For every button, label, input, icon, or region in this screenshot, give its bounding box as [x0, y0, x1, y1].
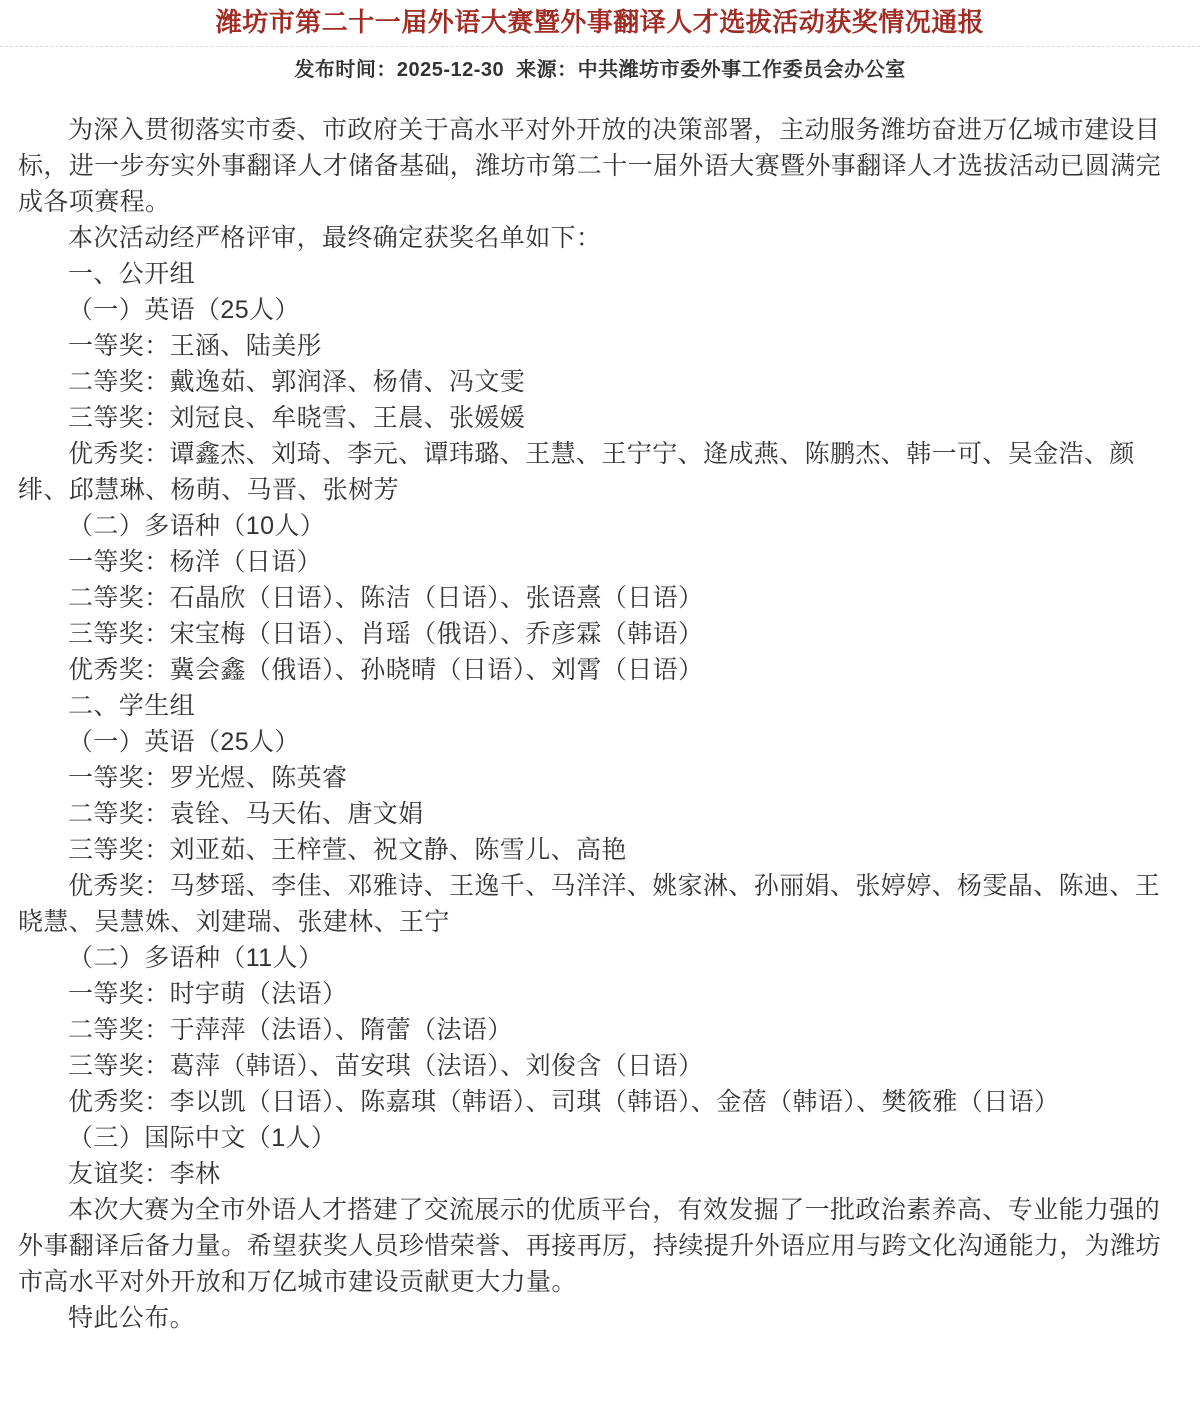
paragraph: （三）国际中文（1人）	[18, 1120, 1182, 1156]
paragraph: 一等奖：时宇萌（法语）	[18, 976, 1182, 1012]
paragraph: 优秀奖：李以凯（日语）、陈嘉琪（韩语）、司琪（韩语）、金蓓（韩语）、樊筱雅（日语…	[18, 1084, 1182, 1120]
page-title: 潍坊市第二十一届外语大赛暨外事翻译人才选拔活动获奖情况通报	[0, 0, 1200, 46]
paragraph: （二）多语种（11人）	[18, 940, 1182, 976]
paragraph: 为深入贯彻落实市委、市政府关于高水平对外开放的决策部署，主动服务潍坊奋进万亿城市…	[18, 112, 1182, 220]
article-body: 为深入贯彻落实市委、市政府关于高水平对外开放的决策部署，主动服务潍坊奋进万亿城市…	[0, 82, 1200, 1336]
paragraph: 友谊奖：李林	[18, 1156, 1182, 1192]
paragraph: 二等奖：于萍萍（法语）、隋蕾（法语）	[18, 1012, 1182, 1048]
source-label: 来源：	[516, 59, 578, 81]
paragraph: 三等奖：宋宝梅（日语）、肖瑶（俄语）、乔彦霖（韩语）	[18, 616, 1182, 652]
paragraph: （二）多语种（10人）	[18, 508, 1182, 544]
paragraph: 二等奖：戴逸茹、郭润泽、杨倩、冯文雯	[18, 364, 1182, 400]
paragraph: 二等奖：袁铨、马天佑、唐文娟	[18, 796, 1182, 832]
paragraph: 本次大赛为全市外语人才搭建了交流展示的优质平台，有效发掘了一批政治素养高、专业能…	[18, 1192, 1182, 1300]
paragraph: 本次活动经严格评审，最终确定获奖名单如下：	[18, 220, 1182, 256]
article-meta: 发布时间：2025-12-30来源：中共潍坊市委外事工作委员会办公室	[0, 47, 1200, 82]
paragraph: （一）英语（25人）	[18, 292, 1182, 328]
paragraph: 一等奖：杨洋（日语）	[18, 544, 1182, 580]
paragraph: 一、公开组	[18, 256, 1182, 292]
announcement-page: 潍坊市第二十一届外语大赛暨外事翻译人才选拔活动获奖情况通报 发布时间：2025-…	[0, 0, 1200, 1418]
paragraph: 三等奖：葛萍（韩语）、苗安琪（法语）、刘俊含（日语）	[18, 1048, 1182, 1084]
paragraph: 一等奖：罗光煜、陈英睿	[18, 760, 1182, 796]
paragraph: 二等奖：石晶欣（日语）、陈洁（日语）、张语熹（日语）	[18, 580, 1182, 616]
paragraph: 三等奖：刘亚茹、王梓萱、祝文静、陈雪儿、高艳	[18, 832, 1182, 868]
publish-date: 2025-12-30	[397, 59, 504, 81]
paragraph: 优秀奖：谭鑫杰、刘琦、李元、谭玮璐、王慧、王宁宁、逄成燕、陈鹏杰、韩一可、吴金浩…	[18, 436, 1182, 508]
source-name: 中共潍坊市委外事工作委员会办公室	[578, 59, 906, 81]
paragraph: （一）英语（25人）	[18, 724, 1182, 760]
paragraph: 三等奖：刘冠良、牟晓雪、王晨、张媛媛	[18, 400, 1182, 436]
paragraph: 优秀奖：冀会鑫（俄语）、孙晓晴（日语）、刘霄（日语）	[18, 652, 1182, 688]
paragraph: 特此公布。	[18, 1300, 1182, 1336]
paragraph: 二、学生组	[18, 688, 1182, 724]
publish-time-label: 发布时间：	[294, 59, 397, 81]
paragraph: 优秀奖：马梦瑶、李佳、邓雅诗、王逸千、马洋洋、姚家淋、孙丽娟、张婷婷、杨雯晶、陈…	[18, 868, 1182, 940]
paragraph: 一等奖：王涵、陆美彤	[18, 328, 1182, 364]
